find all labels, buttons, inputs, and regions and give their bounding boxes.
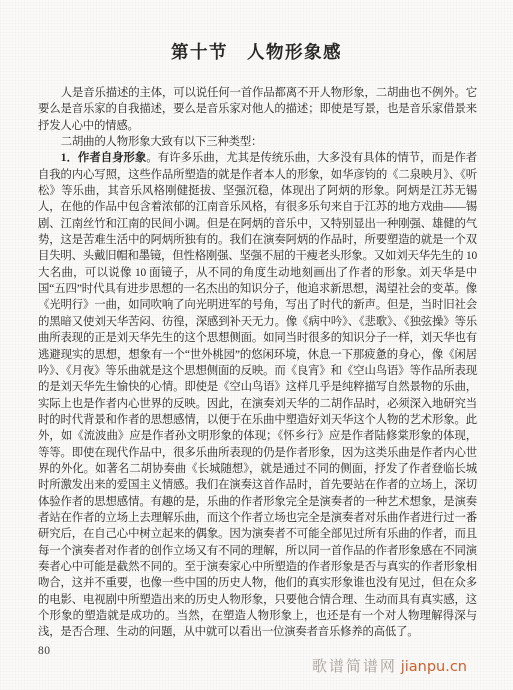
- item1-heading: 1．作者自身形象: [61, 152, 147, 164]
- paragraph-types-list: 二胡曲的人物形象大致有以下三种类型：: [38, 134, 477, 150]
- watermark-site-name: 歌谱简谱网: [312, 659, 397, 675]
- watermark: 歌谱简谱网 jianpu.cn: [312, 655, 467, 676]
- watermark-site-url: jianpu.cn: [401, 659, 467, 675]
- scanned-book-page: 第十节 人物形象感 人是音乐描述的主体，可以说任何一首作品都离不开人物形象，二胡…: [0, 0, 513, 690]
- section-title: 第十节 人物形象感: [0, 0, 513, 64]
- page-number: 80: [38, 645, 51, 657]
- paragraph-intro: 人是音乐描述的主体，可以说任何一首作品都离不开人物形象，二胡曲也不例外。它要么是…: [38, 85, 477, 134]
- item1-body: 。有许多乐曲，尤其是传统乐曲，大多没有具体的情节，而是作者自我的内心写照，这些作…: [38, 152, 477, 638]
- body-text: 人是音乐描述的主体，可以说任何一首作品都离不开人物形象，二胡曲也不例外。它要么是…: [38, 85, 477, 641]
- paragraph-item1: 1．作者自身形象。有许多乐曲，尤其是传统乐曲，大多没有具体的情节，而是作者自我的…: [38, 150, 477, 640]
